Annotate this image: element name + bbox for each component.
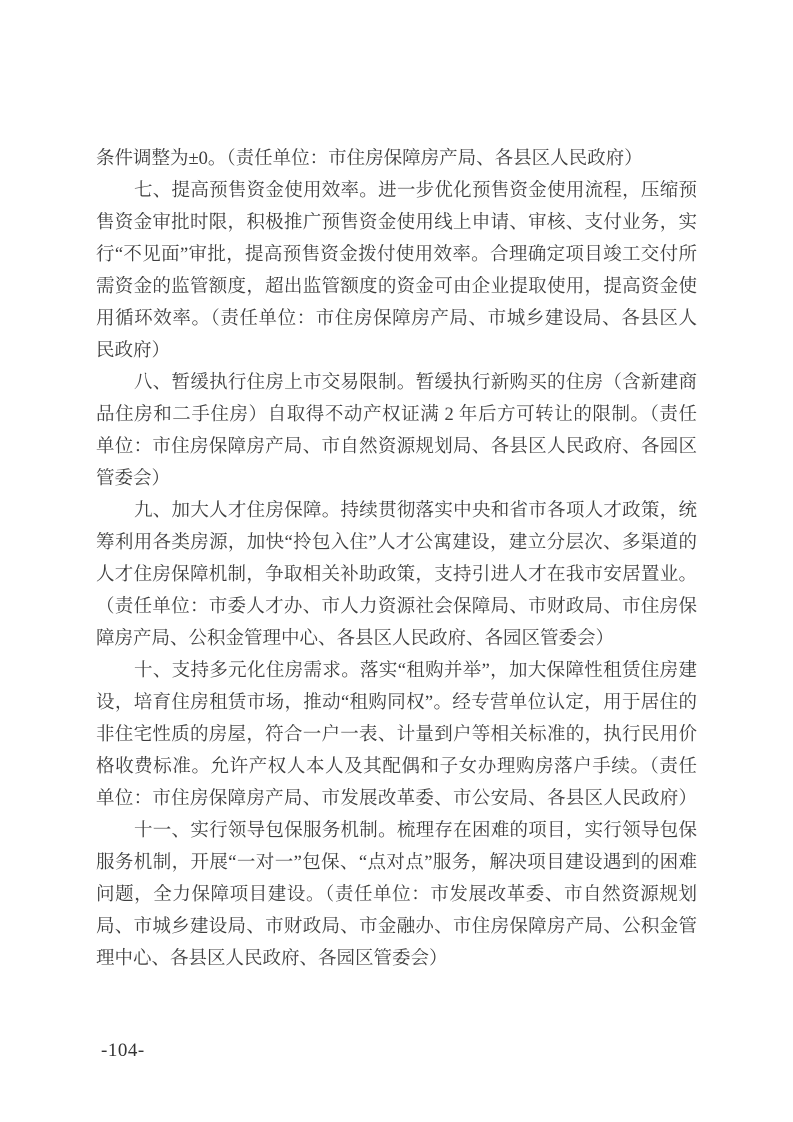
document-line: 管委会） [96,463,697,495]
text-block: 条件调整为±0。（责任单位：市住房保障房产局、各县区人民政府）七、提高预售资金使… [96,143,697,975]
paragraph: 条件调整为±0。（责任单位：市住房保障房产局、各县区人民政府） [96,143,697,175]
document-line: 单位：市住房保障房产局、市发展改革委、市公安局、各县区人民政府） [96,783,697,815]
document-line: 七、提高预售资金使用效率。进一步优化预售资金使用流程，压缩预 [96,175,697,207]
document-line: 人才住房保障机制，争取相关补助政策，支持引进人才在我市安居置业。 [96,559,697,591]
document-line: 理中心、各县区人民政府、各园区管委会） [96,943,697,975]
document-line: 条件调整为±0。（责任单位：市住房保障房产局、各县区人民政府） [96,143,697,175]
document-line: 设，培育住房租赁市场，推动“租购同权”。经专营单位认定，用于居住的 [96,687,697,719]
document-line: 格收费标准。允许产权人本人及其配偶和子女办理购房落户手续。（责任 [96,751,697,783]
paragraph: 八、暂缓执行住房上市交易限制。暂缓执行新购买的住房（含新建商品住房和二手住房）自… [96,367,697,495]
document-line: 单位：市住房保障房产局、市自然资源规划局、各县区人民政府、各园区 [96,431,697,463]
document-line: 行“不见面”审批，提高预售资金拨付使用效率。合理确定项目竣工交付所 [96,239,697,271]
document-line: 品住房和二手住房）自取得不动产权证满 2 年后方可转让的限制。（责任 [96,399,697,431]
document-line: 问题，全力保障项目建设。（责任单位：市发展改革委、市自然资源规划 [96,879,697,911]
document-line: 筹利用各类房源，加快“拎包入住”人才公寓建设，建立分层次、多渠道的 [96,527,697,559]
document-line: 九、加大人才住房保障。持续贯彻落实中央和省市各项人才政策，统 [96,495,697,527]
document-line: 障房产局、公积金管理中心、各县区人民政府、各园区管委会） [96,623,697,655]
document-line: （责任单位：市委人才办、市人力资源社会保障局、市财政局、市住房保 [96,591,697,623]
paragraph: 十一、实行领导包保服务机制。梳理存在困难的项目，实行领导包保服务机制，开展“一对… [96,815,697,975]
document-line: 十、支持多元化住房需求。落实“租购并举”，加大保障性租赁住房建 [96,655,697,687]
document-page: 条件调整为±0。（责任单位：市住房保障房产局、各县区人民政府）七、提高预售资金使… [0,0,793,1122]
document-line: 非住宅性质的房屋，符合一户一表、计量到户等相关标准的，执行民用价 [96,719,697,751]
paragraph: 十、支持多元化住房需求。落实“租购并举”，加大保障性租赁住房建设，培育住房租赁市… [96,655,697,815]
page-number: -104- [101,1038,145,1064]
paragraph: 九、加大人才住房保障。持续贯彻落实中央和省市各项人才政策，统筹利用各类房源，加快… [96,495,697,655]
document-line: 需资金的监管额度，超出监管额度的资金可由企业提取使用，提高资金使 [96,271,697,303]
document-line: 民政府） [96,335,697,367]
document-line: 局、市城乡建设局、市财政局、市金融办、市住房保障房产局、公积金管 [96,911,697,943]
paragraph: 七、提高预售资金使用效率。进一步优化预售资金使用流程，压缩预售资金审批时限，积极… [96,175,697,367]
document-line: 服务机制，开展“一对一”包保、“点对点”服务，解决项目建设遇到的困难 [96,847,697,879]
document-line: 十一、实行领导包保服务机制。梳理存在困难的项目，实行领导包保 [96,815,697,847]
document-line: 用循环效率。（责任单位：市住房保障房产局、市城乡建设局、各县区人 [96,303,697,335]
document-line: 售资金审批时限，积极推广预售资金使用线上申请、审核、支付业务，实 [96,207,697,239]
document-line: 八、暂缓执行住房上市交易限制。暂缓执行新购买的住房（含新建商 [96,367,697,399]
